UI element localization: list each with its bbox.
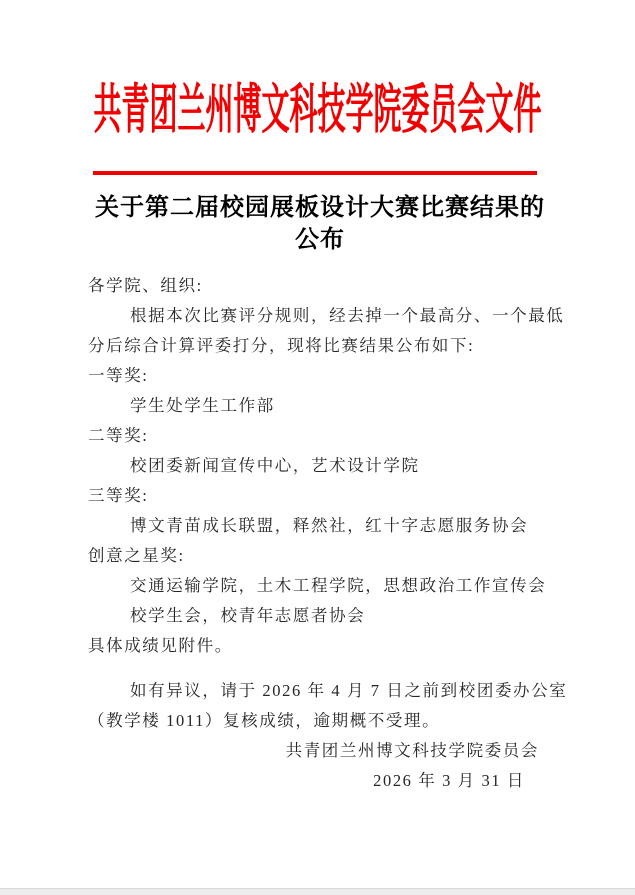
body-line: （教学楼 1011）复核成绩，逾期概不受理。 [88,706,554,736]
body-line: 交通运输学院，土木工程学院，思想政治工作宣传会 [88,571,554,601]
document-title: 关于第二届校园展板设计大赛比赛结果的公布 [88,192,552,256]
body-lines: 各学院、组织:根据本次比赛评分规则，经去掉一个最高分、一个最低分后综合计算评委打… [88,271,554,736]
body-line: 校学生会，校青年志愿者协会 [88,601,554,631]
document-body: 各学院、组织:根据本次比赛评分规则，经去掉一个最高分、一个最低分后综合计算评委打… [88,271,554,796]
body-line: 校团委新闻宣传中心，艺术设计学院 [88,451,554,481]
body-line: 创意之星奖: [88,541,554,571]
body-line: 一等奖: [88,361,554,391]
letterhead: 共青团兰州博文科技学院委员会文件 [0,84,635,144]
letterhead-org-title: 共青团兰州博文科技学院委员会文件 [93,84,541,141]
body-line: 根据本次比赛评分规则，经去掉一个最高分、一个最低 [88,301,554,331]
document-page: 共青团兰州博文科技学院委员会文件 关于第二届校园展板设计大赛比赛结果的公布 各学… [0,0,635,895]
date: 2026 年 3 月 31 日 [88,766,554,796]
body-line: 各学院、组织: [88,271,554,301]
red-divider-line [93,171,537,175]
body-line: 如有异议，请于 2026 年 4 月 7 日之前到校团委办公室 [88,676,554,706]
document-title-line2: 公布 [295,227,345,253]
body-line: 博文青苗成长联盟，释然社，红十字志愿服务协会 [88,511,554,541]
body-line: 分后综合计算评委打分，现将比赛结果公布如下: [88,331,554,361]
body-line: 学生处学生工作部 [88,391,554,421]
document-title-line1: 关于第二届校园展板设计大赛比赛结果的 [95,195,545,221]
body-line: 二等奖: [88,421,554,451]
page-bottom-edge [0,888,635,895]
body-line: 三等奖: [88,481,554,511]
signature: 共青团兰州博文科技学院委员会 [88,736,554,766]
body-line: 具体成绩见附件。 [88,631,554,661]
